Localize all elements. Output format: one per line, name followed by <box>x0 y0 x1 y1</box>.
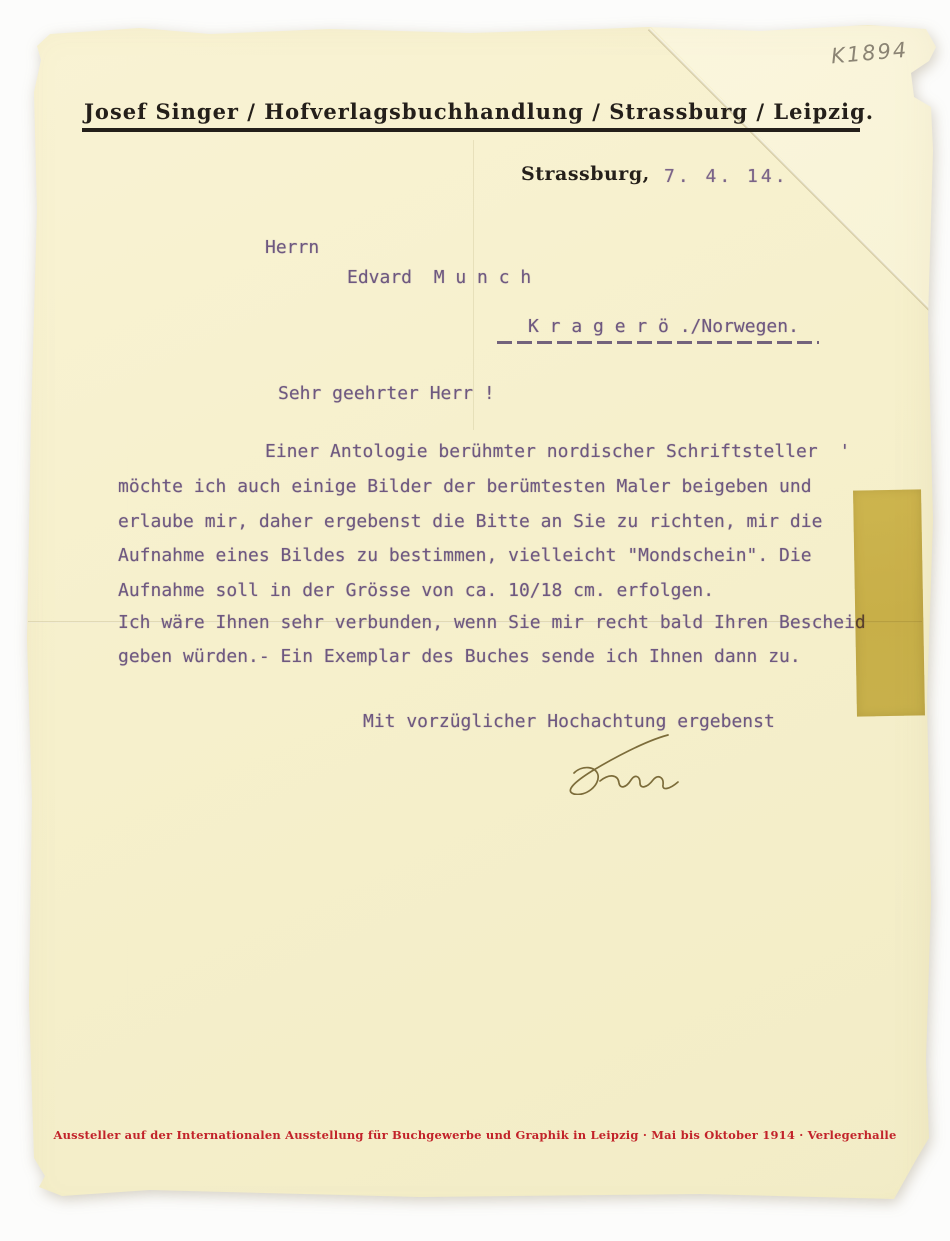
body-line: Aufnahme soll in der Grösse von ca. 10/1… <box>118 580 714 601</box>
body-line: erlaube mir, daher ergebenst die Bitte a… <box>118 511 822 532</box>
recipient-name: Edvard M u n c h <box>347 267 531 288</box>
signature-flourish-icon <box>550 733 710 795</box>
body-line: möchte ich auch einige Bilder der berümt… <box>118 476 812 497</box>
body-line: Einer Antologie berühmter nordischer Sch… <box>265 441 850 462</box>
tape-strip <box>853 489 925 716</box>
paper-sheet: Josef Singer / Hofverlagsbuchhandlung / … <box>0 0 950 1241</box>
recipient-location: K r a g e r ö ./Norwegen. <box>528 316 799 337</box>
body-line: Aufnahme eines Bildes zu bestimmen, viel… <box>118 545 812 566</box>
dateline-date: 7. 4. 14. <box>664 166 789 187</box>
recipient-location-underline <box>497 341 819 344</box>
letter-greeting: Sehr geehrter Herr ! <box>278 383 495 404</box>
letterhead-underline <box>82 128 860 132</box>
body-line: Ich wäre Ihnen sehr verbunden, wenn Sie … <box>118 612 866 633</box>
letter-scan: Josef Singer / Hofverlagsbuchhandlung / … <box>0 0 950 1241</box>
recipient-salutation-line: Herrn <box>265 237 319 258</box>
exhibition-footer: Aussteller auf der Internationalen Ausst… <box>0 1128 950 1142</box>
letterhead: Josef Singer / Hofverlagsbuchhandlung / … <box>84 99 874 124</box>
signature <box>550 733 710 795</box>
valediction: Mit vorzüglicher Hochachtung ergebenst <box>363 711 775 732</box>
catalog-number-annotation: K1894 <box>830 38 909 69</box>
body-line: geben würden.- Ein Exemplar des Buches s… <box>118 646 801 667</box>
dateline-place: Strassburg, <box>521 163 650 185</box>
